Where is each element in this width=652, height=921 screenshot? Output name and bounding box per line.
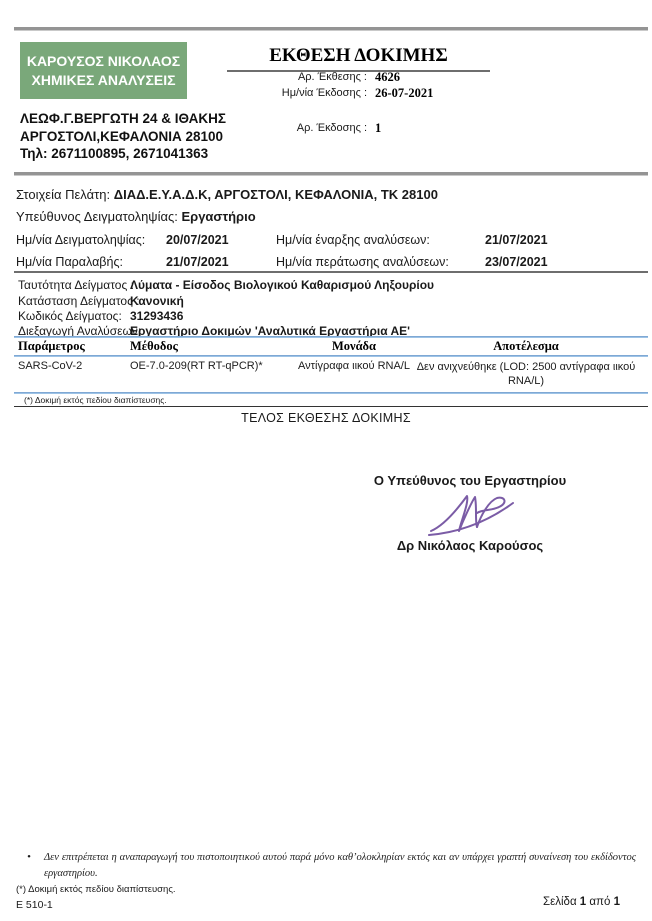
- issue-date-value: 26-07-2021: [375, 86, 433, 101]
- sampling-date-value: 20/07/2021: [166, 233, 229, 247]
- col-header-unit: Μονάδα: [290, 339, 418, 354]
- client-line: Στοιχεία Πελάτη: ΔΙΑΔ.Ε.Υ.Α.Δ.Κ, ΑΡΓΟΣΤΟ…: [16, 187, 438, 202]
- company-name-line1: ΚΑΡΟΥΣΟΣ ΝΙΚΟΛΑΟΣ: [27, 52, 180, 71]
- company-address: ΛΕΩΦ.Γ.ΒΕΡΓΩΤΗ 24 & ΙΘΑΚΗΣ ΑΡΓΟΣΤΟΛΙ,ΚΕΦ…: [20, 110, 300, 163]
- receipt-date-label: Ημ/νία Παραλαβής:: [16, 255, 123, 269]
- result-row-unit: Αντίγραφα ιικού RNA/L: [290, 360, 418, 372]
- test-report-document: ΚΑΡΟΥΣΟΣ ΝΙΚΟΛΑΟΣ ΧΗΜΙΚΕΣ ΑΝΑΛΥΣΕΙΣ ΛΕΩΦ…: [0, 0, 652, 921]
- company-logo-box: ΚΑΡΟΥΣΟΣ ΝΙΚΟΛΑΟΣ ΧΗΜΙΚΕΣ ΑΝΑΛΥΣΕΙΣ: [20, 42, 187, 99]
- table-footnote: (*) Δοκιμή εκτός πεδίου διαπίστευσης.: [24, 395, 167, 405]
- top-divider: [14, 27, 648, 31]
- end-date-label: Ημ/νία περάτωσης αναλύσεων:: [276, 255, 449, 269]
- col-header-parameter: Παράμετρος: [18, 339, 85, 354]
- page-word: Σελίδα: [543, 896, 577, 908]
- disclaimer-line2: εργαστηρίου.: [44, 868, 98, 879]
- company-name-line2: ΧΗΜΙΚΕΣ ΑΝΑΛΥΣΕΙΣ: [32, 71, 176, 90]
- sample-condition-value: Κανονική: [130, 294, 184, 308]
- col-header-result: Αποτέλεσμα: [410, 339, 642, 354]
- page-current: 1: [580, 896, 586, 908]
- version-value: 1: [375, 121, 381, 136]
- footer-bullet: •: [27, 851, 31, 863]
- address-line3: Τηλ: 2671100895, 2671041363: [20, 145, 300, 163]
- result-row-result: Δεν ανιχνεύθηκε (LOD: 2500 αντίγραφα ιικ…: [410, 360, 642, 388]
- sample-code-value: 31293436: [130, 309, 183, 323]
- issue-date-label: Ημ/νία Έκδοσης :: [240, 87, 367, 99]
- sample-divider: [14, 271, 648, 273]
- sampling-date-label: Ημ/νία Δειγματοληψίας:: [16, 233, 145, 247]
- client-label: Στοιχεία Πελάτη:: [16, 187, 110, 202]
- signature-ink: [425, 491, 520, 542]
- table-header-border: [14, 355, 648, 357]
- table-top-border: [14, 336, 648, 338]
- result-row-parameter: SARS-CoV-2: [18, 360, 82, 372]
- section-divider: [14, 172, 648, 176]
- sample-identity-value: Λύματα - Είσοδος Βιολογικού Καθαρισμού Λ…: [130, 278, 434, 292]
- col-header-method: Μέθοδος: [130, 339, 178, 354]
- result-row-method: ΟΕ-7.0-209(RT RT-qPCR)*: [130, 360, 263, 372]
- page-total: 1: [614, 896, 620, 908]
- signatory-name: Δρ Νικόλαος Καρούσος: [340, 538, 600, 553]
- end-of-report-text: ΤΕΛΟΣ ΕΚΘΕΣΗΣ ΔΟΚΙΜΗΣ: [0, 411, 652, 425]
- report-no-value: 4626: [375, 70, 400, 85]
- end-divider: [14, 406, 648, 407]
- table-bottom-border: [14, 392, 648, 394]
- start-date-label: Ημ/νία έναρξης αναλύσεων:: [276, 233, 430, 247]
- start-date-value: 21/07/2021: [485, 233, 548, 247]
- disclaimer-line1: Δεν επιτρέπεται η αναπαραγωγή του πιστοπ…: [44, 852, 636, 863]
- signatory-role: Ο Υπεύθυνος του Εργαστηρίου: [340, 473, 600, 488]
- end-date-value: 23/07/2021: [485, 255, 548, 269]
- client-value: ΔΙΑΔ.Ε.Υ.Α.Δ.Κ, ΑΡΓΟΣΤΟΛΙ, ΚΕΦΑΛΟΝΙΑ, ΤΚ…: [114, 187, 438, 202]
- sample-condition-label: Κατάσταση Δείγματος :: [18, 294, 140, 308]
- form-code: Ε 510-1: [16, 899, 53, 911]
- version-label: Αρ. Έκδοσης :: [240, 122, 367, 134]
- signature-icon: [425, 491, 520, 537]
- footer-footnote: (*) Δοκιμή εκτός πεδίου διαπίστευσης.: [16, 884, 176, 895]
- sampler-line: Υπεύθυνος Δειγματοληψίας: Εργαστήριο: [16, 209, 256, 224]
- sampler-label: Υπεύθυνος Δειγματοληψίας:: [16, 209, 178, 224]
- report-title: ΕΚΘΕΣΗ ΔΟΚΙΜΗΣ: [227, 45, 490, 72]
- sample-identity-label: Ταυτότητα Δείγματος :: [18, 278, 134, 292]
- sampler-value: Εργαστήριο: [181, 209, 255, 224]
- page-number: Σελίδα 1 από 1: [543, 896, 620, 908]
- of-word: από: [589, 896, 610, 908]
- receipt-date-value: 21/07/2021: [166, 255, 229, 269]
- report-no-label: Αρ. Έκθεσης :: [240, 71, 367, 83]
- sample-code-label: Κωδικός Δείγματος:: [18, 309, 122, 323]
